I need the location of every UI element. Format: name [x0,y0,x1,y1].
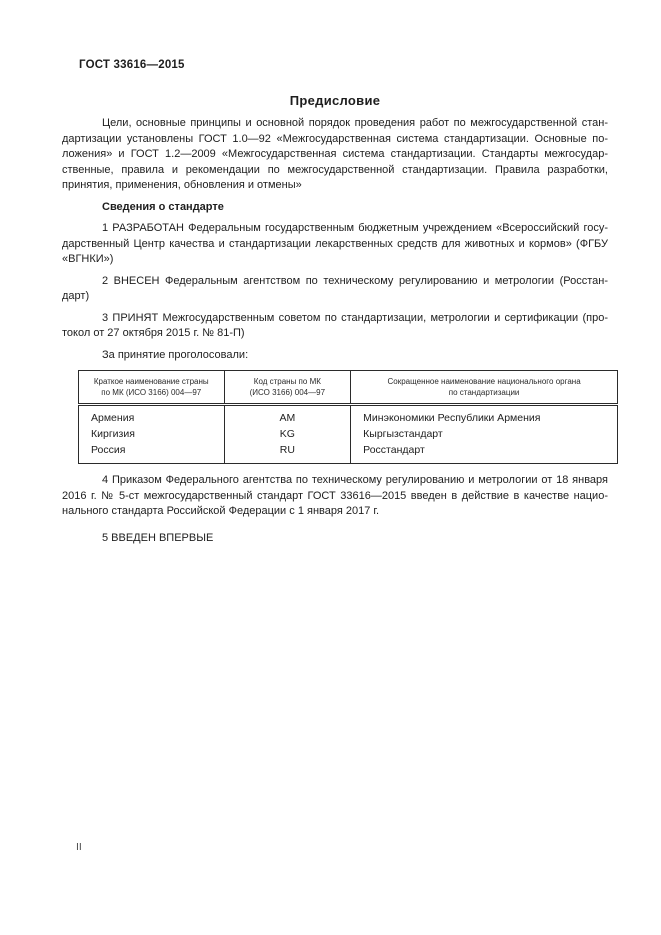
text-line: дарт) [62,289,608,305]
table-row: КиргизияKGКыргызстандарт [79,426,618,442]
text-line: 4 Приказом Федерального агентства по тех… [62,473,608,489]
table-row: АрменияAMМинэкономики Республики Армения [79,405,618,427]
text-line: 2 ВНЕСЕН Федеральным агентством по техни… [62,274,608,290]
table-row: РоссияRUРосстандарт [79,442,618,464]
text-line: дарственный Центр качества и стандартиза… [62,237,608,253]
text-line: «ВГНКИ») [62,252,608,268]
table-cell: Россия [79,442,225,464]
table-cell: Кыргызстандарт [351,426,618,442]
clause-2-submitted-by: 2 ВНЕСЕН Федеральным агентством по техни… [62,274,608,305]
text-line: токол от 27 октября 2015 г. № 81-П) [62,326,608,342]
text-line: 1 РАЗРАБОТАН Федеральным государственным… [62,221,608,237]
page-number: II [76,841,82,853]
table-cell: AM [224,405,351,427]
text-line: Сокращенное наименование национального о… [357,376,611,387]
text-line: принятия, применения, обновления и отмен… [62,178,608,194]
vote-intro-line: За принятие проголосовали: [62,348,608,364]
document-page: ГОСТ 33616—2015 Предисловие Цели, основн… [0,0,661,935]
page-content: ГОСТ 33616—2015 Предисловие Цели, основн… [62,58,608,546]
vote-table: Краткое наименование страныпо МК (ИСО 31… [78,370,618,464]
vote-table-head: Краткое наименование страныпо МК (ИСО 31… [79,371,618,405]
table-cell: RU [224,442,351,464]
table-cell: Минэкономики Республики Армения [351,405,618,427]
clause-5-first-edition: 5 ВВЕДЕН ВПЕРВЫЕ [62,531,608,547]
text-line: ственные, правила и рекомендации по межг… [62,163,608,179]
text-line: 3 ПРИНЯТ Межгосударственным советом по с… [62,311,608,327]
standard-designation: ГОСТ 33616—2015 [79,58,608,74]
table-cell: KG [224,426,351,442]
vote-table-header-row: Краткое наименование страныпо МК (ИСО 31… [79,371,618,405]
table-cell: Армения [79,405,225,427]
text-line: 2016 г. № 5-ст межгосударственный станда… [62,489,608,505]
text-line: ложения» и ГОСТ 1.2—2009 «Межгосударстве… [62,147,608,163]
clause-4-enacted: 4 Приказом Федерального агентства по тех… [62,473,608,520]
page-title: Предисловие [62,93,608,109]
text-line: Краткое наименование страны [85,376,218,387]
clause-3-adopted-by: 3 ПРИНЯТ Межгосударственным советом по с… [62,311,608,342]
text-line: по МК (ИСО 3166) 004—97 [85,387,218,398]
vote-table-header-code: Код страны по МК(ИСО 3166) 004—97 [224,371,351,405]
text-line: (ИСО 3166) 004—97 [231,387,345,398]
intro-paragraph: Цели, основные принципы и основной поряд… [62,116,608,194]
vote-table-header-body-name: Сокращенное наименование национального о… [351,371,618,405]
text-line: нального стандарта Российской Федерации … [62,504,608,520]
vote-table-body: АрменияAMМинэкономики Республики Армения… [79,405,618,464]
text-line: Код страны по МК [231,376,345,387]
text-line: по стандартизации [357,387,611,398]
text-line: Цели, основные принципы и основной поряд… [62,116,608,132]
table-cell: Киргизия [79,426,225,442]
vote-table-header-country: Краткое наименование страныпо МК (ИСО 31… [79,371,225,405]
section-heading-standard-info: Сведения о стандарте [102,200,608,216]
table-cell: Росстандарт [351,442,618,464]
clause-1-developed-by: 1 РАЗРАБОТАН Федеральным государственным… [62,221,608,268]
text-line: дартизации установлены ГОСТ 1.0—92 «Межг… [62,132,608,148]
